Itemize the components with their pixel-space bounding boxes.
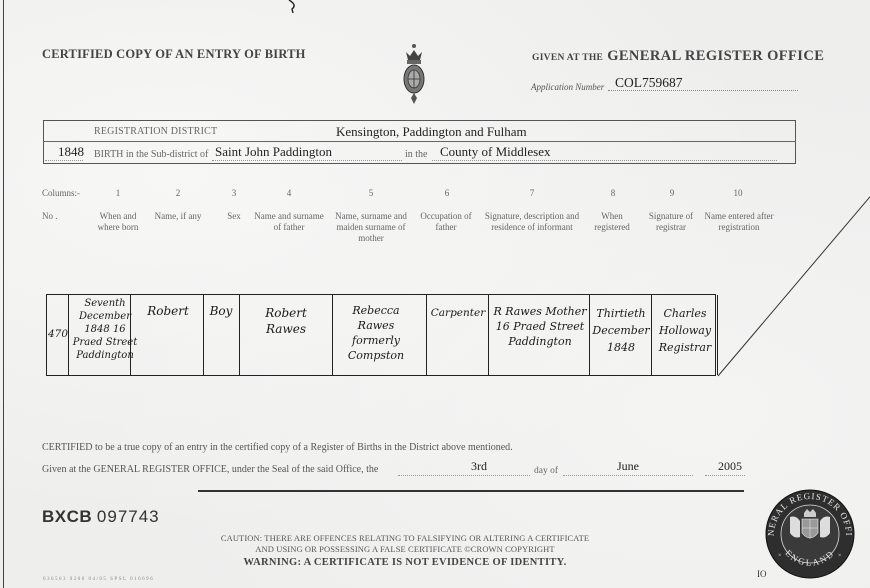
entry-child-name: Robert xyxy=(132,305,204,318)
subdistrict-dotted-line xyxy=(212,160,402,161)
county-value: County of Middlesex xyxy=(440,144,551,160)
entry-father: Robert Rawes xyxy=(250,305,322,337)
application-number-label: Application Number xyxy=(531,82,604,92)
caution-line-1: CAUTION: THERE ARE OFFENCES RELATING TO … xyxy=(180,533,630,544)
given-at-office: GENERAL REGISTER OFFICE xyxy=(607,48,824,64)
column-number: 4 xyxy=(279,188,299,198)
registration-district-value: Kensington, Paddington and Fulham xyxy=(336,124,527,140)
given-at-small: GIVEN AT THE xyxy=(532,53,603,63)
serial-number: 097743 xyxy=(97,507,160,526)
column-header-when-where-born: When and where born xyxy=(91,211,145,233)
column-number: 5 xyxy=(361,188,381,198)
page-edge xyxy=(3,0,4,588)
registration-year: 1848 xyxy=(58,144,84,160)
column-number: 7 xyxy=(522,188,542,198)
entry-number: 470 xyxy=(47,328,69,341)
column-number: 2 xyxy=(168,188,188,198)
no-label: No . xyxy=(42,211,58,221)
caution-line-2: AND USING OR POSSESSING A FALSE CERTIFIC… xyxy=(180,544,630,555)
certified-day: 3rd xyxy=(471,459,487,474)
given-at-heading: GIVEN AT THE GENERAL REGISTER OFFICE xyxy=(532,47,824,65)
application-number-value: COL759687 xyxy=(615,75,683,91)
pen-mark-icon xyxy=(288,0,298,14)
certified-statement: CERTIFIED to be a true copy of an entry … xyxy=(42,442,513,453)
page-number: IO xyxy=(757,569,767,579)
column-header-father: Name and surname of father xyxy=(250,211,328,233)
registration-divider xyxy=(43,141,796,142)
entry-registrar: Charles Holloway Registrar xyxy=(652,305,718,356)
year-dotted-line xyxy=(705,475,745,476)
royal-crest-icon xyxy=(402,42,426,108)
column-header-sex: Sex xyxy=(222,211,246,222)
column-header-name: Name, if any xyxy=(150,211,206,222)
column-header-when-registered: When registered xyxy=(588,211,636,233)
certificate-serial: BXCB 097743 xyxy=(42,507,160,527)
column-number: 6 xyxy=(437,188,457,198)
entry-informant: R Rawes Mother 16 Praed Street Paddingto… xyxy=(490,304,590,349)
columns-label: Columns:- xyxy=(42,188,80,198)
column-number: 3 xyxy=(224,188,244,198)
svg-text:×: × xyxy=(838,553,841,559)
subdistrict-label: BIRTH in the Sub-district of xyxy=(94,149,208,160)
day-of-label: day of xyxy=(534,466,558,476)
county-dotted-line xyxy=(432,160,777,161)
print-code: 036563 9200 04/05 SPSL 010696 xyxy=(43,577,154,582)
column-header-mother: Name, surname and maiden surname of moth… xyxy=(330,211,412,244)
certified-year: 2005 xyxy=(718,459,742,474)
general-register-office-seal-icon: GENERAL REGISTER OFFICE ENGLAND × × xyxy=(760,487,860,579)
column-header-occupation: Occupation of father xyxy=(418,211,474,233)
subdistrict-value: Saint John Paddington xyxy=(215,144,332,160)
cancel-diagonal-line xyxy=(716,190,870,380)
svg-text:×: × xyxy=(778,553,781,559)
caution-notice: CAUTION: THERE ARE OFFENCES RELATING TO … xyxy=(180,533,630,555)
column-header-registrar: Signature of registrar xyxy=(640,211,702,233)
in-the-label: in the xyxy=(405,149,428,160)
column-number: 1 xyxy=(108,188,128,198)
document-title: CERTIFIED COPY OF AN ENTRY OF BIRTH xyxy=(42,47,306,62)
signature-separator xyxy=(198,490,744,492)
given-statement: Given at the GENERAL REGISTER OFFICE, un… xyxy=(42,464,378,475)
column-number: 8 xyxy=(603,188,623,198)
identity-warning: WARNING: A CERTIFICATE IS NOT EVIDENCE O… xyxy=(180,557,630,568)
registration-district-label: REGISTRATION DISTRICT xyxy=(94,126,217,137)
certified-month: June xyxy=(617,459,639,474)
serial-prefix: BXCB xyxy=(42,507,92,526)
entry-sex: Boy xyxy=(203,305,239,318)
column-number: 9 xyxy=(662,188,682,198)
column-header-informant: Signature, description and residence of … xyxy=(480,211,584,233)
entry-when-where-born: Seventh December 1848 16 Praed Street Pa… xyxy=(70,297,140,362)
year-dotted-line xyxy=(45,160,83,161)
entry-mother: Rebecca Rawes formerly Compston xyxy=(336,303,416,363)
day-dotted-line xyxy=(398,475,530,476)
entry-occupation: Carpenter xyxy=(427,307,489,320)
month-dotted-line xyxy=(563,475,693,476)
entry-when-registered: Thirtieth December 1848 xyxy=(590,305,652,356)
